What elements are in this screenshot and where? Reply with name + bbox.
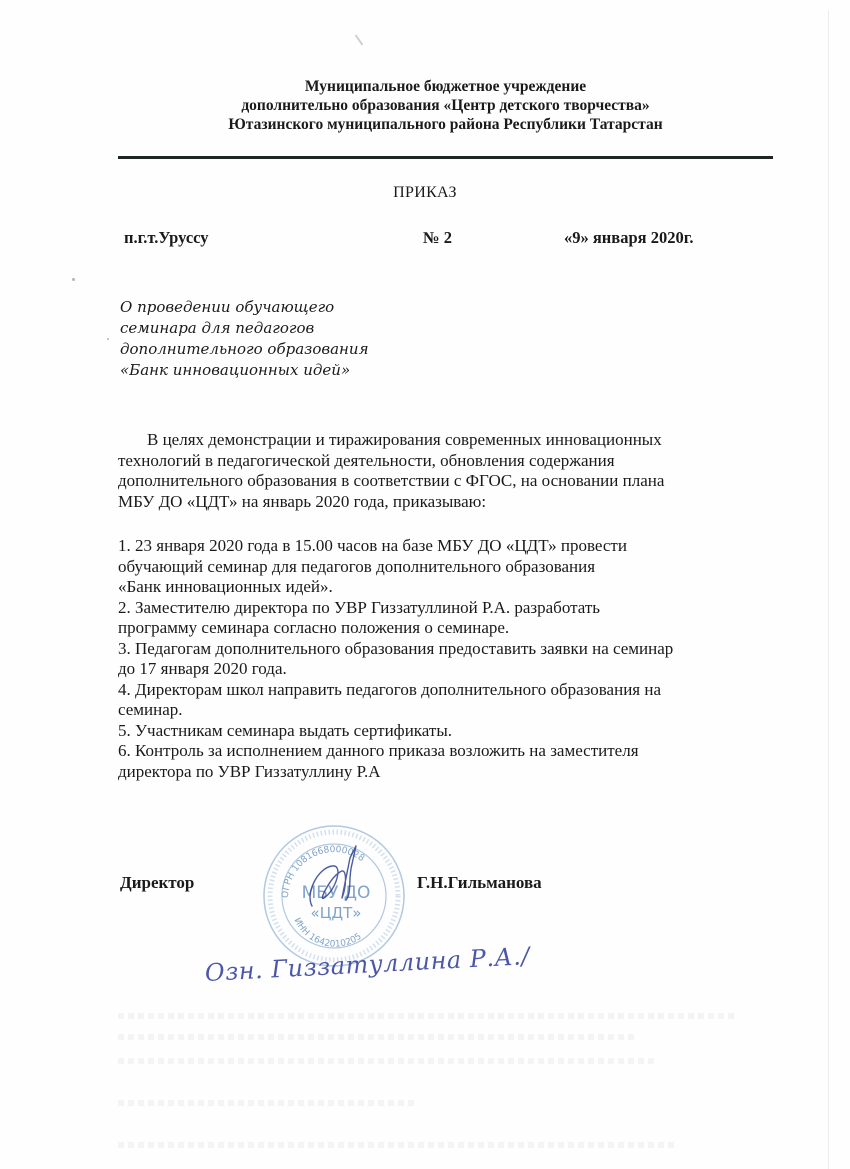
- order-item-line: обучающий семинар для педагогов дополнит…: [118, 557, 778, 578]
- header-line-1: Муниципальное бюджетное учреждение: [118, 77, 773, 96]
- acknowledgement-text: Озн. Гиззатуллина Р.А./: [204, 942, 530, 987]
- signatory-role: Директор: [120, 873, 194, 893]
- header-line-3: Ютазинского муниципального района Респуб…: [118, 115, 773, 134]
- preamble-line: технологий в педагогической деятельности…: [118, 451, 758, 472]
- preamble-paragraph: В целях демонстрации и тиражирования сов…: [118, 430, 758, 512]
- document-subject: О проведении обучающего семинара для пед…: [120, 297, 369, 381]
- document-title: ПРИКАЗ: [0, 184, 850, 202]
- bleed-through: [118, 1013, 738, 1019]
- order-item-line: 4. Директорам школ направить педагогов д…: [118, 680, 778, 701]
- order-item-line: до 17 января 2020 года.: [118, 659, 778, 680]
- subject-line: О проведении обучающего: [120, 297, 369, 318]
- scan-mark: [355, 35, 364, 46]
- document-date: «9» января 2020г.: [564, 228, 693, 248]
- order-item-line: «Банк инновационных идей».: [118, 577, 778, 598]
- bleed-through: [118, 1058, 658, 1064]
- bleed-through: [118, 1034, 638, 1040]
- bleed-through: [118, 1100, 418, 1106]
- document-place: п.г.т.Уруссу: [124, 228, 209, 248]
- document-number: № 2: [423, 228, 452, 248]
- document-page: Муниципальное бюджетное учреждение допол…: [0, 0, 850, 1169]
- order-item-line: 5. Участникам семинара выдать сертификат…: [118, 721, 778, 742]
- signatory-name: Г.Н.Гильманова: [417, 873, 542, 893]
- preamble-line: дополнительного образования в соответств…: [118, 471, 758, 492]
- order-item-line: 6. Контроль за исполнением данного прика…: [118, 741, 778, 762]
- preamble-line: МБУ ДО «ЦДТ» на январь 2020 года, приказ…: [118, 492, 758, 513]
- order-items: 1. 23 января 2020 года в 15.00 часов на …: [118, 536, 778, 782]
- organization-header: Муниципальное бюджетное учреждение допол…: [118, 77, 773, 134]
- scan-speck: [107, 338, 109, 340]
- order-item-line: 2. Заместителю директора по УВР Гиззатул…: [118, 598, 778, 619]
- order-item-line: 3. Педагогам дополнительного образования…: [118, 639, 778, 660]
- header-line-2: дополнительно образования «Центр детског…: [118, 96, 773, 115]
- subject-line: «Банк инновационных идей»: [120, 360, 369, 381]
- order-item-line: директора по УВР Гиззатуллину Р.А: [118, 762, 778, 783]
- handwritten-acknowledgement: Озн. Гиззатуллина Р.А./: [205, 945, 605, 1005]
- scan-speck: [72, 278, 75, 281]
- order-item-line: программу семинара согласно положения о …: [118, 618, 778, 639]
- director-signature-icon: [300, 838, 370, 918]
- header-divider: [118, 156, 773, 159]
- order-item-line: 1. 23 января 2020 года в 15.00 часов на …: [118, 536, 778, 557]
- preamble-line: В целях демонстрации и тиражирования сов…: [118, 430, 758, 451]
- subject-line: дополнительного образования: [120, 339, 369, 360]
- order-item-line: семинар.: [118, 700, 778, 721]
- bleed-through: [118, 1142, 678, 1148]
- subject-line: семинара для педагогов: [120, 318, 369, 339]
